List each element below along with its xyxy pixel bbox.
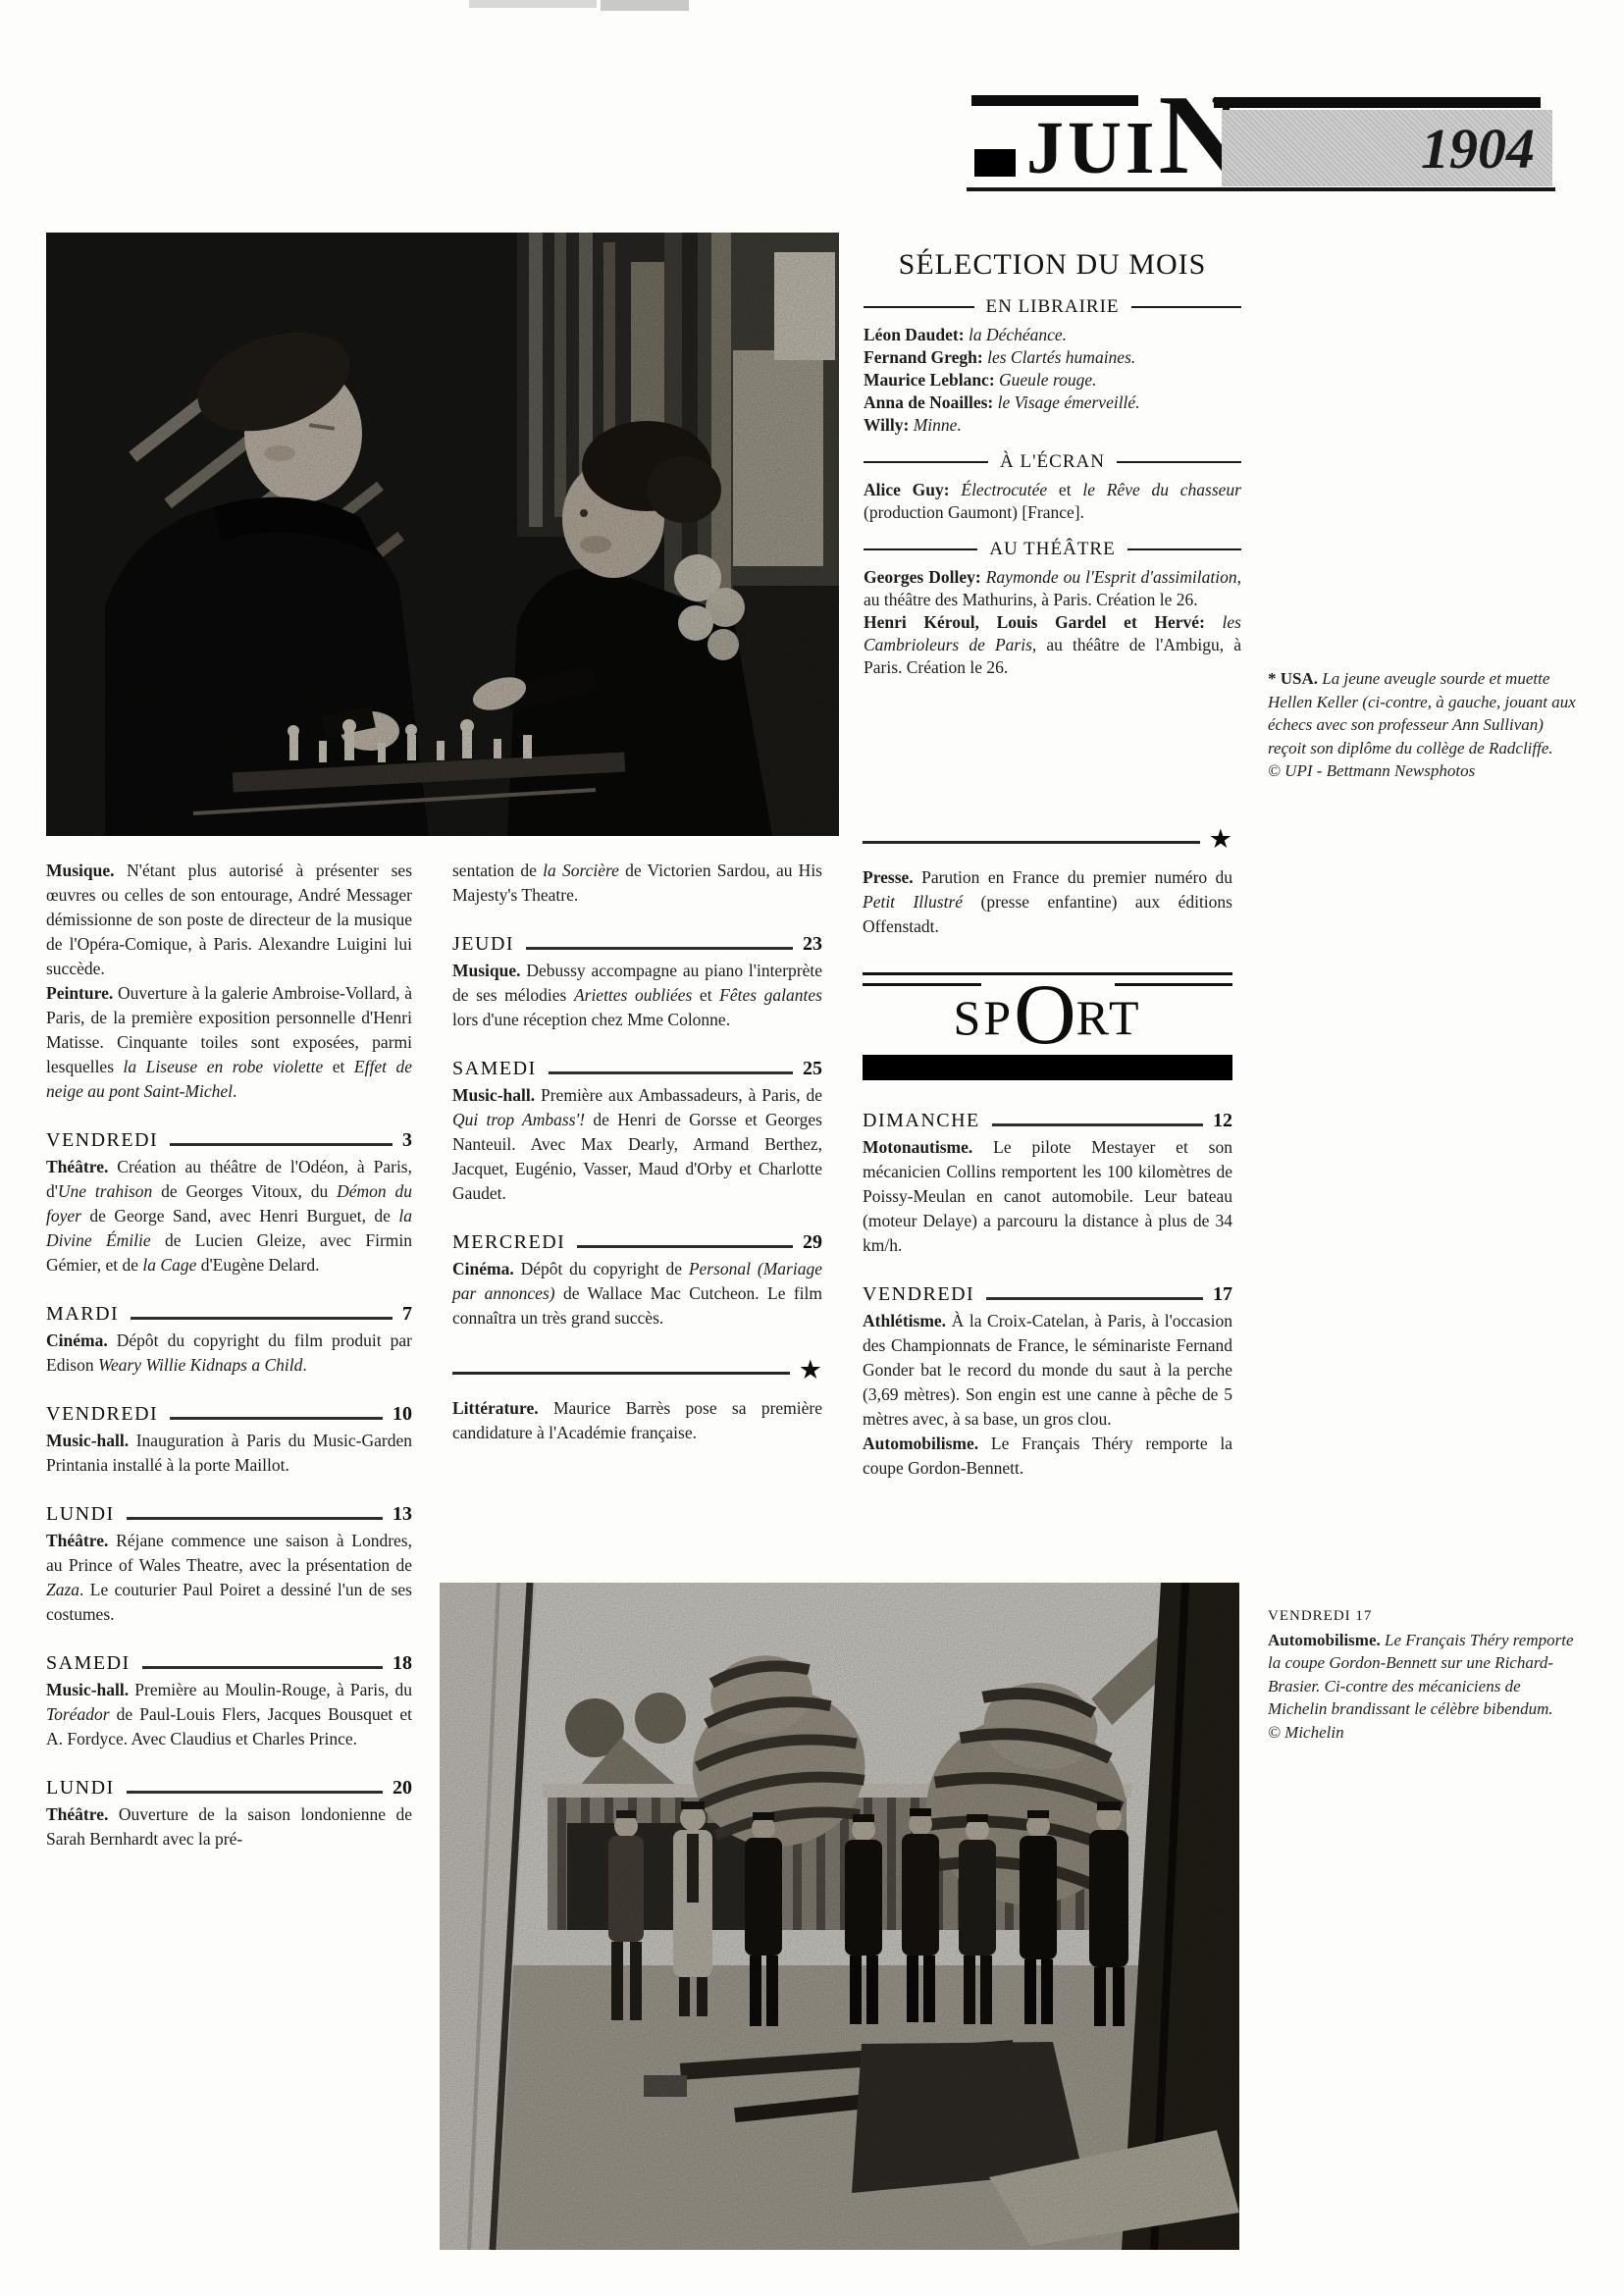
caption-michelin: VENDREDI 17 Automobilisme. Le Français T… bbox=[1268, 1605, 1580, 1744]
day-rule bbox=[142, 1666, 383, 1669]
sport-title-tail: RT bbox=[1076, 990, 1142, 1045]
paragraph: Théâtre. Création au théâtre de l'Odéon,… bbox=[46, 1155, 412, 1278]
scan-smudge bbox=[601, 0, 689, 11]
text-run: la Déchéance. bbox=[969, 325, 1067, 344]
text-run: . Le couturier Paul Poiret a dessiné l'u… bbox=[46, 1580, 412, 1624]
paragraph: Musique. N'étant plus autorisé à présent… bbox=[46, 859, 412, 981]
magazine-page: JUIN 1904 bbox=[0, 0, 1624, 2295]
header-rule-right bbox=[1214, 97, 1541, 108]
day-rule bbox=[986, 1297, 1203, 1300]
text-run: Georges Dolley: bbox=[864, 567, 986, 587]
text-run: Alice Guy: bbox=[864, 480, 961, 499]
paragraph: Cinéma. Dépôt du copyright de Personal (… bbox=[452, 1257, 822, 1330]
text-run: Minne. bbox=[914, 415, 962, 435]
selection-title: SÉLECTION DU MOIS bbox=[864, 248, 1241, 282]
text-run: Henri Kéroul, Louis Gardel et Hervé: bbox=[864, 612, 1223, 632]
star-rule: ★ bbox=[863, 829, 1232, 856]
heading-rule-left bbox=[864, 548, 977, 551]
paragraph: Music-hall. Première aux Ambassadeurs, à… bbox=[452, 1083, 822, 1206]
text-run: (production Gaumont) [France]. bbox=[864, 502, 1084, 522]
day-number: 23 bbox=[803, 934, 822, 954]
day-name: MERCREDI bbox=[452, 1232, 565, 1252]
selection-entry: Maurice Leblanc: Gueule rouge. bbox=[864, 369, 1241, 391]
text-run: et bbox=[692, 985, 719, 1005]
day-heading: JEUDI23 bbox=[452, 934, 822, 954]
text-run: Première au Moulin-Rouge, à Paris, du bbox=[134, 1680, 412, 1699]
text-run: la Sorcière bbox=[543, 861, 619, 880]
paragraph: Presse. Parution en France du premier nu… bbox=[863, 865, 1232, 939]
caption-usa-lead: USA. bbox=[1281, 669, 1318, 688]
text-run: Léon Daudet: bbox=[864, 325, 969, 344]
text-run: . bbox=[302, 1355, 306, 1375]
text-run: la Liseuse en robe violette bbox=[124, 1057, 324, 1076]
month-title: JUIN bbox=[1026, 78, 1240, 192]
day-rule bbox=[549, 1071, 793, 1074]
text-run: Fêtes galantes bbox=[719, 985, 822, 1005]
selection-groups: EN LIBRAIRIELéon Daudet: la Déchéance.Fe… bbox=[864, 296, 1241, 679]
day-name: VENDREDI bbox=[863, 1284, 974, 1304]
text-run: le Rêve du chasseur bbox=[1082, 480, 1241, 499]
text-run: sentation de bbox=[452, 861, 543, 880]
text-run: Gueule rouge. bbox=[999, 370, 1096, 390]
text-run: Théâtre. bbox=[46, 1531, 116, 1550]
star-icon: ★ bbox=[1209, 826, 1232, 853]
text-run: les Clartés humaines. bbox=[987, 347, 1135, 367]
text-run: Cinéma. bbox=[452, 1259, 521, 1278]
star-rule-line bbox=[863, 841, 1200, 845]
text-run: Théâtre. bbox=[46, 1804, 119, 1824]
text-run: Raymonde ou l'Esprit d'assimilation bbox=[986, 567, 1237, 587]
selection-entry: Henri Kéroul, Louis Gardel et Hervé: les… bbox=[864, 611, 1241, 679]
selection-group-heading: AU THÉÂTRE bbox=[864, 539, 1241, 560]
day-name: LUNDI bbox=[46, 1504, 115, 1524]
day-number: 7 bbox=[402, 1304, 412, 1324]
day-heading: VENDREDI3 bbox=[46, 1130, 412, 1150]
paragraph: Littérature. Maurice Barrès pose sa prem… bbox=[452, 1396, 822, 1445]
day-number: 13 bbox=[393, 1504, 412, 1524]
paragraph: Automobilisme. Le Français Théry remport… bbox=[863, 1432, 1232, 1481]
day-rule bbox=[131, 1317, 393, 1320]
caption-usa: * USA. La jeune aveugle sourde et muette… bbox=[1268, 667, 1580, 783]
sport-black-bar bbox=[863, 1055, 1232, 1080]
text-run: la Cage bbox=[142, 1255, 196, 1275]
day-heading: VENDREDI17 bbox=[863, 1284, 1232, 1304]
day-rule bbox=[127, 1791, 383, 1794]
sport-section-header: SPORT bbox=[863, 968, 1232, 1084]
selection-group-heading: EN LIBRAIRIE bbox=[864, 296, 1241, 318]
text-run: Littérature. bbox=[452, 1398, 553, 1418]
month-title-head: JUI bbox=[1026, 107, 1158, 189]
text-run: Anna de Noailles: bbox=[864, 392, 998, 412]
year-box: 1904 bbox=[1222, 110, 1552, 186]
paragraph: Cinéma. Dépôt du copyright du film produ… bbox=[46, 1329, 412, 1378]
day-heading: MARDI7 bbox=[46, 1304, 412, 1324]
caption-michelin-text: Automobilisme. Le Français Théry remport… bbox=[1268, 1629, 1580, 1721]
paragraph: sentation de la Sorcière de Victorien Sa… bbox=[452, 859, 822, 908]
selection-group-heading: À L'ÉCRAN bbox=[864, 451, 1241, 473]
text-run: lors d'une réception chez Mme Colonne. bbox=[452, 1010, 730, 1029]
text-run: Music-hall. bbox=[46, 1431, 136, 1450]
photo-keller-chess bbox=[46, 233, 839, 836]
sport-title-o: O bbox=[1014, 967, 1076, 1063]
photo-michelin-bibendum bbox=[440, 1583, 1239, 2250]
text-run: Weary Willie Kidnaps a Child bbox=[98, 1355, 302, 1375]
day-heading: LUNDI20 bbox=[46, 1778, 412, 1798]
selection-entry: Fernand Gregh: les Clartés humaines. bbox=[864, 346, 1241, 369]
selection-group-title: AU THÉÂTRE bbox=[989, 539, 1115, 560]
star-icon: ★ bbox=[799, 1357, 822, 1383]
day-rule bbox=[526, 947, 793, 950]
selection-group-title: EN LIBRAIRIE bbox=[986, 296, 1120, 318]
text-run: Zaza bbox=[46, 1580, 79, 1599]
selection-entry: Alice Guy: Électrocutée et le Rêve du ch… bbox=[864, 479, 1241, 524]
day-heading: LUNDI13 bbox=[46, 1504, 412, 1524]
paragraph: Athlétisme. À la Croix-Catelan, à Paris,… bbox=[863, 1309, 1232, 1432]
day-name: DIMANCHE bbox=[863, 1111, 980, 1130]
day-name: VENDREDI bbox=[46, 1404, 158, 1424]
day-rule bbox=[170, 1417, 383, 1420]
paragraph: Music-hall. Inauguration à Paris du Musi… bbox=[46, 1429, 412, 1478]
paragraph: Motonautisme. Le pilote Mestayer et son … bbox=[863, 1135, 1232, 1258]
text-run: Motonautisme. bbox=[863, 1137, 993, 1157]
sport-title-head: SP bbox=[953, 990, 1014, 1045]
text-run: Cinéma. bbox=[46, 1330, 117, 1350]
day-rule bbox=[127, 1517, 383, 1520]
month-square-icon bbox=[974, 149, 1016, 177]
header-underline bbox=[967, 187, 1555, 191]
text-run: Ariettes oubliées bbox=[574, 985, 692, 1005]
paragraph: Musique. Debussy accompagne au piano l'i… bbox=[452, 959, 822, 1032]
paragraph: Théâtre. Réjane commence une saison à Lo… bbox=[46, 1529, 412, 1627]
day-heading: VENDREDI10 bbox=[46, 1404, 412, 1424]
year-label: 1904 bbox=[1421, 116, 1535, 182]
selection-entry: Anna de Noailles: le Visage émerveillé. bbox=[864, 391, 1241, 414]
column-1: Musique. N'étant plus autorisé à présent… bbox=[46, 859, 412, 1852]
text-run: Music-hall. bbox=[46, 1680, 134, 1699]
caption-michelin-heading: VENDREDI 17 bbox=[1268, 1605, 1580, 1629]
text-run: Peinture. bbox=[46, 983, 118, 1003]
heading-rule-right bbox=[1117, 461, 1241, 464]
selection-panel: SÉLECTION DU MOIS EN LIBRAIRIELéon Daude… bbox=[864, 248, 1241, 679]
day-number: 29 bbox=[803, 1232, 822, 1252]
photo-michelin-art bbox=[440, 1583, 1239, 2250]
paragraph: Théâtre. Ouverture de la saison londonie… bbox=[46, 1802, 412, 1852]
day-name: SAMEDI bbox=[452, 1059, 537, 1078]
text-run: le Visage émerveillé. bbox=[998, 392, 1140, 412]
text-run: Presse. bbox=[863, 867, 921, 887]
text-run: Athlétisme. bbox=[863, 1311, 952, 1330]
text-run: Maurice Leblanc: bbox=[864, 370, 999, 390]
day-name: JEUDI bbox=[452, 934, 514, 954]
day-name: SAMEDI bbox=[46, 1653, 131, 1673]
day-number: 12 bbox=[1213, 1111, 1232, 1130]
column-2: sentation de la Sorcière de Victorien Sa… bbox=[452, 859, 822, 1445]
day-rule bbox=[992, 1123, 1203, 1126]
day-name: LUNDI bbox=[46, 1778, 115, 1798]
heading-rule-right bbox=[1131, 306, 1242, 309]
heading-rule-left bbox=[864, 461, 988, 464]
text-run: Toréador bbox=[46, 1704, 110, 1724]
caption-usa-credit: © UPI - Bettmann Newsphotos bbox=[1268, 759, 1580, 783]
text-run: Parution en France du premier numéro du bbox=[921, 867, 1232, 887]
caption-michelin-lead: Automobilisme. bbox=[1268, 1631, 1381, 1649]
text-run: Musique. bbox=[46, 861, 127, 880]
star-rule: ★ bbox=[452, 1360, 822, 1386]
paragraph: Peinture. Ouverture à la galerie Ambrois… bbox=[46, 981, 412, 1104]
day-rule bbox=[170, 1143, 393, 1146]
selection-entry: Willy: Minne. bbox=[864, 414, 1241, 437]
sport-title: SPORT bbox=[863, 986, 1232, 1058]
caption-usa-star: * bbox=[1268, 669, 1277, 688]
day-name: VENDREDI bbox=[46, 1130, 158, 1150]
star-rule-line bbox=[452, 1372, 790, 1376]
day-number: 20 bbox=[393, 1778, 412, 1798]
day-heading: MERCREDI29 bbox=[452, 1232, 822, 1252]
selection-entry: Léon Daudet: la Déchéance. bbox=[864, 324, 1241, 346]
day-rule bbox=[577, 1245, 793, 1248]
day-number: 25 bbox=[803, 1059, 822, 1078]
text-run: Une trahison bbox=[58, 1181, 152, 1201]
text-run: Qui trop Ambass'! bbox=[452, 1110, 585, 1129]
day-heading: SAMEDI18 bbox=[46, 1653, 412, 1673]
text-run: Petit Illustré bbox=[863, 892, 963, 912]
caption-michelin-credit: © Michelin bbox=[1268, 1721, 1580, 1745]
text-run: Musique. bbox=[452, 961, 526, 980]
text-run: Première aux Ambassadeurs, à Paris, de bbox=[541, 1085, 822, 1105]
text-run: Music-hall. bbox=[452, 1085, 541, 1105]
text-run: Willy: bbox=[864, 415, 914, 435]
paragraph: Music-hall. Première au Moulin-Rouge, à … bbox=[46, 1678, 412, 1751]
text-run: Dépôt du copyright de bbox=[521, 1259, 689, 1278]
heading-rule-right bbox=[1127, 548, 1241, 551]
column-3: ★Presse. Parution en France du premier n… bbox=[863, 829, 1232, 1481]
text-run: Fernand Gregh: bbox=[864, 347, 987, 367]
text-run: Automobilisme. bbox=[863, 1434, 991, 1453]
day-heading: SAMEDI25 bbox=[452, 1059, 822, 1078]
heading-rule-left bbox=[864, 306, 974, 309]
day-number: 18 bbox=[393, 1653, 412, 1673]
photo-keller-chess-art bbox=[46, 233, 839, 836]
text-run: de George Sand, avec Henri Burguet, de bbox=[81, 1206, 398, 1226]
text-run: de Georges Vitoux, du bbox=[152, 1181, 337, 1201]
day-name: MARDI bbox=[46, 1304, 119, 1324]
day-number: 17 bbox=[1213, 1284, 1232, 1304]
scan-smudge bbox=[469, 0, 597, 8]
selection-entry: Georges Dolley: Raymonde ou l'Esprit d'a… bbox=[864, 566, 1241, 611]
text-run: d'Eugène Delard. bbox=[196, 1255, 319, 1275]
caption-usa-text: * USA. La jeune aveugle sourde et muette… bbox=[1268, 667, 1580, 759]
text-run: . bbox=[233, 1081, 236, 1101]
selection-group-title: À L'ÉCRAN bbox=[1000, 451, 1105, 473]
text-run: et bbox=[323, 1057, 354, 1076]
day-number: 3 bbox=[402, 1130, 412, 1150]
day-heading: DIMANCHE12 bbox=[863, 1111, 1232, 1130]
text-run: et bbox=[1047, 480, 1082, 499]
text-run: Théâtre. bbox=[46, 1157, 117, 1176]
day-number: 10 bbox=[393, 1404, 412, 1424]
text-run: Électrocutée bbox=[961, 480, 1047, 499]
